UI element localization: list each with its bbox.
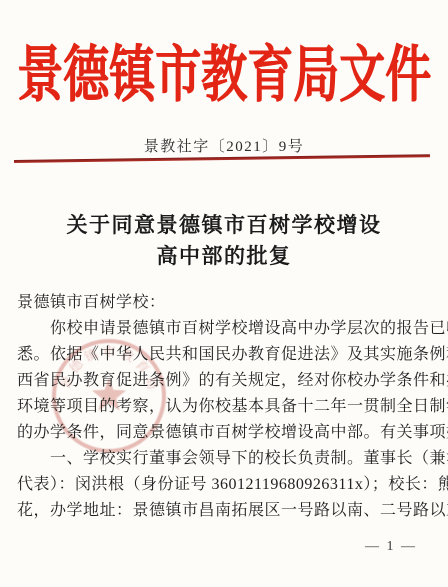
body-line-salutation: 景德镇市百树学校： [17, 290, 431, 316]
body-line: 的办学条件，同意景德镇市百树学校增设高中部。有关事项如下： [17, 420, 431, 446]
document-title-line2: 高中部的批复 [0, 241, 448, 272]
scanned-official-document: 景德镇市教育局文件 景教社字〔2021〕9号 关于同意景德镇市百树学校增设 高中… [0, 0, 448, 587]
document-body: 景德镇市百树学校： 你校申请景德镇市百树学校增设高中办学层次的报告已收 悉。依据… [17, 290, 431, 524]
body-line: 花，办学地址：景德镇市昌南拓展区一号路以南、二号路以东， [17, 498, 431, 524]
body-line: 西省民办教育促进条例》的有关规定，经对你校办学条件和办学 [17, 368, 431, 394]
body-line: 代表）：闵洪根（身份证号 36012119680926311x）；校长：熊云 [17, 472, 431, 498]
document-title: 关于同意景德镇市百树学校增设 高中部的批复 [0, 210, 448, 272]
document-number: 景教社字〔2021〕9号 [0, 135, 448, 156]
letterhead-title: 景德镇市教育局文件 [0, 26, 448, 114]
body-line: 一、学校实行董事会领导下的校长负责制。董事长（兼法人 [17, 446, 431, 472]
body-line: 悉。依据《中华人民共和国民办教育促进法》及其实施条例和《江 [17, 342, 431, 368]
document-title-line1: 关于同意景德镇市百树学校增设 [0, 210, 448, 241]
body-line: 环境等项目的考察，认为你校基本具备十二年一贯制全日制学校 [17, 394, 431, 420]
body-line: 你校申请景德镇市百树学校增设高中办学层次的报告已收 [17, 316, 431, 342]
page-number: — 1 — [365, 539, 417, 555]
